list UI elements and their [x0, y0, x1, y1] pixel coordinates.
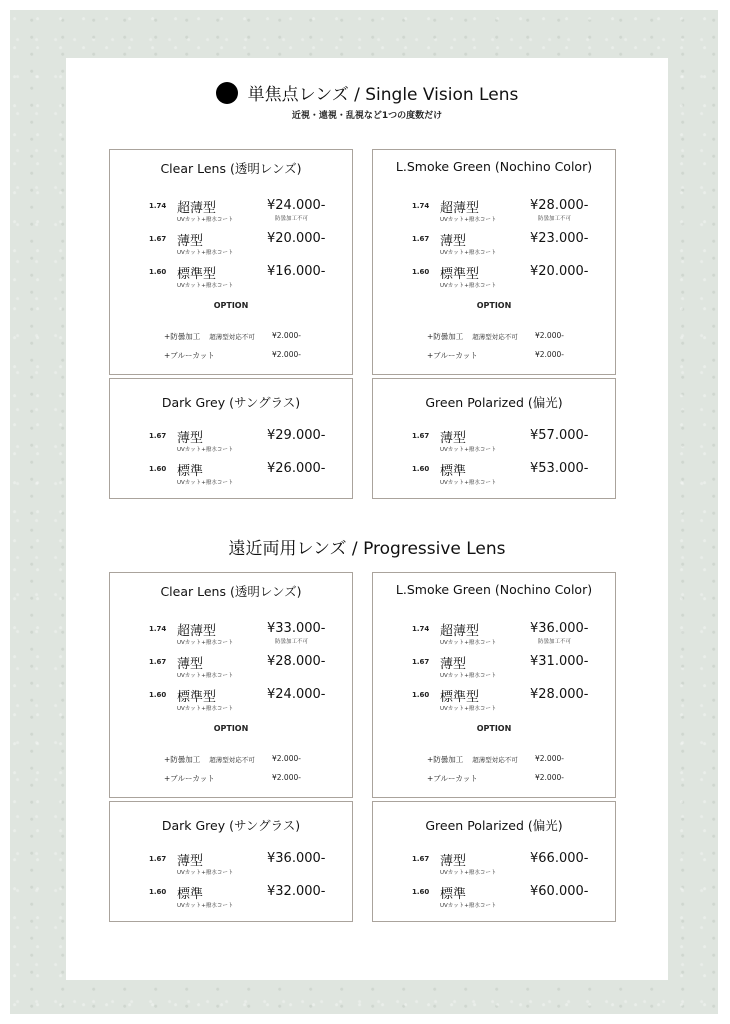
lens-coating-note: UVカット+撥水コート	[440, 638, 496, 646]
card-single-dark-grey: Dark Grey (サングラス) 1.67 薄型 UVカット+撥水コート ¥2…	[109, 378, 353, 499]
option-name: +防曇加工	[164, 755, 200, 764]
refractive-index: 1.60	[412, 691, 429, 699]
lens-row: 1.67 薄型 UVカット+撥水コート ¥66.000-	[373, 850, 615, 880]
lens-row: 1.67 薄型 UVカット+撥水コート ¥31.000-	[373, 653, 615, 683]
lens-row: 1.74 超薄型 UVカット+撥水コート ¥28.000- 防曇加工不可	[373, 197, 615, 227]
price-note: 防曇加工不可	[538, 214, 571, 222]
option-name: +防曇加工	[164, 332, 200, 341]
lens-type: 薄型	[177, 850, 203, 869]
lens-type: 標準	[177, 883, 203, 902]
refractive-index: 1.67	[412, 432, 429, 440]
lens-type: 薄型	[177, 427, 203, 446]
option-antifog: +防曇加工超薄型対応不可	[427, 331, 518, 342]
lens-price: ¥36.000-	[267, 851, 325, 866]
card-title: Clear Lens (透明レンズ)	[110, 159, 352, 177]
refractive-index: 1.67	[149, 658, 166, 666]
progressive-heading: 遠近両用レンズ / Progressive Lens	[66, 534, 668, 559]
single-vision-title: 単焦点レンズ / Single Vision Lens	[248, 85, 519, 105]
card-title: Dark Grey (サングラス)	[110, 393, 352, 411]
option-bluecut: +ブルーカット	[427, 773, 478, 784]
lens-type: 超薄型	[177, 197, 216, 216]
lens-price: ¥32.000-	[267, 884, 325, 899]
lens-price: ¥66.000-	[530, 851, 588, 866]
option-name: +防曇加工	[427, 755, 463, 764]
lens-coating-note: UVカット+撥水コート	[177, 671, 233, 679]
lens-coating-note: UVカット+撥水コート	[440, 478, 496, 486]
option-name: +ブルーカット	[427, 351, 478, 360]
card-progressive-dark-grey: Dark Grey (サングラス) 1.67 薄型 UVカット+撥水コート ¥3…	[109, 801, 353, 922]
refractive-index: 1.74	[412, 202, 429, 210]
option-antifog: +防曇加工超薄型対応不可	[164, 754, 255, 765]
lens-row: 1.67 薄型 UVカット+撥水コート ¥20.000-	[110, 230, 352, 260]
single-vision-subtitle: 近視・遠視・乱視など1つの度数だけ	[66, 108, 668, 121]
refractive-index: 1.67	[149, 235, 166, 243]
price-note: 防曇加工不可	[275, 214, 308, 222]
lens-type: 薄型	[440, 427, 466, 446]
lens-row: 1.60 標準型 UVカット+撥水コート ¥28.000-	[373, 686, 615, 716]
option-price: ¥2.000-	[535, 350, 564, 359]
option-price: ¥2.000-	[272, 754, 301, 763]
lens-row: 1.60 標準 UVカット+撥水コート ¥53.000-	[373, 460, 615, 490]
lens-price: ¥20.000-	[530, 264, 588, 279]
lens-price: ¥28.000-	[530, 687, 588, 702]
option-heading: OPTION	[110, 301, 352, 310]
option-antifog: +防曇加工超薄型対応不可	[164, 331, 255, 342]
option-note: 超薄型対応不可	[472, 756, 518, 764]
card-single-green-polarized: Green Polarized (偏光) 1.67 薄型 UVカット+撥水コート…	[372, 378, 616, 499]
refractive-index: 1.74	[412, 625, 429, 633]
lens-coating-note: UVカット+撥水コート	[440, 215, 496, 223]
option-name: +ブルーカット	[427, 774, 478, 783]
lens-coating-note: UVカット+撥水コート	[177, 868, 233, 876]
card-single-clear: Clear Lens (透明レンズ) 1.74 超薄型 UVカット+撥水コート …	[109, 149, 353, 375]
card-title: Green Polarized (偏光)	[373, 816, 615, 834]
lens-price: ¥28.000-	[267, 654, 325, 669]
refractive-index: 1.67	[412, 658, 429, 666]
lens-type: 標準	[440, 460, 466, 479]
lens-price: ¥20.000-	[267, 231, 325, 246]
refractive-index: 1.60	[149, 888, 166, 896]
lens-type: 薄型	[440, 850, 466, 869]
lens-row: 1.60 標準 UVカット+撥水コート ¥32.000-	[110, 883, 352, 913]
lens-coating-note: UVカット+撥水コート	[440, 281, 496, 289]
lens-price: ¥29.000-	[267, 428, 325, 443]
option-bluecut: +ブルーカット	[164, 350, 215, 361]
lens-type: 超薄型	[440, 197, 479, 216]
lens-type: 標準型	[440, 686, 479, 705]
lens-row: 1.74 超薄型 UVカット+撥水コート ¥36.000- 防曇加工不可	[373, 620, 615, 650]
lens-type: 標準型	[177, 263, 216, 282]
lens-row: 1.60 標準型 UVカット+撥水コート ¥24.000-	[110, 686, 352, 716]
refractive-index: 1.60	[412, 465, 429, 473]
refractive-index: 1.60	[149, 691, 166, 699]
lens-coating-note: UVカット+撥水コート	[177, 248, 233, 256]
lens-price: ¥28.000-	[530, 198, 588, 213]
refractive-index: 1.60	[149, 268, 166, 276]
lens-row: 1.67 薄型 UVカット+撥水コート ¥29.000-	[110, 427, 352, 457]
lens-row: 1.74 超薄型 UVカット+撥水コート ¥24.000- 防曇加工不可	[110, 197, 352, 227]
refractive-index: 1.60	[149, 465, 166, 473]
option-heading: OPTION	[373, 724, 615, 733]
lens-coating-note: UVカット+撥水コート	[177, 901, 233, 909]
refractive-index: 1.60	[412, 888, 429, 896]
option-bluecut: +ブルーカット	[164, 773, 215, 784]
lens-row: 1.67 薄型 UVカット+撥水コート ¥28.000-	[110, 653, 352, 683]
card-single-smoke-green: L.Smoke Green (Nochino Color) 1.74 超薄型 U…	[372, 149, 616, 375]
option-heading: OPTION	[373, 301, 615, 310]
price-sheet: 単焦点レンズ / Single Vision Lens 近視・遠視・乱視など1つ…	[66, 58, 668, 980]
option-name: +防曇加工	[427, 332, 463, 341]
lens-type: 薄型	[440, 653, 466, 672]
lens-type: 薄型	[177, 653, 203, 672]
option-price: ¥2.000-	[535, 754, 564, 763]
lens-price: ¥16.000-	[267, 264, 325, 279]
lens-type: 超薄型	[177, 620, 216, 639]
card-progressive-smoke-green: L.Smoke Green (Nochino Color) 1.74 超薄型 U…	[372, 572, 616, 798]
refractive-index: 1.67	[149, 432, 166, 440]
lens-row: 1.60 標準 UVカット+撥水コート ¥26.000-	[110, 460, 352, 490]
lens-price: ¥33.000-	[267, 621, 325, 636]
lens-coating-note: UVカット+撥水コート	[177, 281, 233, 289]
lens-coating-note: UVカット+撥水コート	[440, 671, 496, 679]
lens-coating-note: UVカット+撥水コート	[440, 248, 496, 256]
option-name: +ブルーカット	[164, 774, 215, 783]
option-antifog: +防曇加工超薄型対応不可	[427, 754, 518, 765]
refractive-index: 1.60	[412, 268, 429, 276]
lens-price: ¥36.000-	[530, 621, 588, 636]
lens-row: 1.67 薄型 UVカット+撥水コート ¥36.000-	[110, 850, 352, 880]
lens-coating-note: UVカット+撥水コート	[177, 215, 233, 223]
lens-coating-note: UVカット+撥水コート	[440, 704, 496, 712]
refractive-index: 1.74	[149, 625, 166, 633]
lens-price: ¥24.000-	[267, 687, 325, 702]
card-title: L.Smoke Green (Nochino Color)	[373, 582, 615, 597]
lens-row: 1.67 薄型 UVカット+撥水コート ¥23.000-	[373, 230, 615, 260]
lens-row: 1.74 超薄型 UVカット+撥水コート ¥33.000- 防曇加工不可	[110, 620, 352, 650]
lens-price: ¥53.000-	[530, 461, 588, 476]
refractive-index: 1.67	[412, 855, 429, 863]
lens-row: 1.60 標準型 UVカット+撥水コート ¥16.000-	[110, 263, 352, 293]
lens-row: 1.67 薄型 UVカット+撥水コート ¥57.000-	[373, 427, 615, 457]
lens-price: ¥23.000-	[530, 231, 588, 246]
option-price: ¥2.000-	[272, 331, 301, 340]
lens-coating-note: UVカット+撥水コート	[440, 901, 496, 909]
option-note: 超薄型対応不可	[209, 333, 255, 341]
card-progressive-clear: Clear Lens (透明レンズ) 1.74 超薄型 UVカット+撥水コート …	[109, 572, 353, 798]
lens-price: ¥26.000-	[267, 461, 325, 476]
option-price: ¥2.000-	[535, 773, 564, 782]
lens-type: 標準型	[177, 686, 216, 705]
card-title: Clear Lens (透明レンズ)	[110, 582, 352, 600]
lens-coating-note: UVカット+撥水コート	[177, 638, 233, 646]
lens-price: ¥24.000-	[267, 198, 325, 213]
card-title: L.Smoke Green (Nochino Color)	[373, 159, 615, 174]
price-note: 防曇加工不可	[275, 637, 308, 645]
card-title: Green Polarized (偏光)	[373, 393, 615, 411]
lens-type: 超薄型	[440, 620, 479, 639]
lens-row: 1.60 標準 UVカット+撥水コート ¥60.000-	[373, 883, 615, 913]
option-bluecut: +ブルーカット	[427, 350, 478, 361]
card-title: Dark Grey (サングラス)	[110, 816, 352, 834]
lens-coating-note: UVカット+撥水コート	[177, 704, 233, 712]
lens-type: 標準型	[440, 263, 479, 282]
lens-coating-note: UVカット+撥水コート	[440, 445, 496, 453]
bullet-dot-icon	[216, 82, 238, 104]
lens-type: 薄型	[177, 230, 203, 249]
option-name: +ブルーカット	[164, 351, 215, 360]
option-price: ¥2.000-	[272, 350, 301, 359]
option-note: 超薄型対応不可	[209, 756, 255, 764]
lens-type: 薄型	[440, 230, 466, 249]
lens-type: 標準	[440, 883, 466, 902]
lens-price: ¥60.000-	[530, 884, 588, 899]
card-progressive-green-polarized: Green Polarized (偏光) 1.67 薄型 UVカット+撥水コート…	[372, 801, 616, 922]
lens-type: 標準	[177, 460, 203, 479]
refractive-index: 1.74	[149, 202, 166, 210]
lens-coating-note: UVカット+撥水コート	[177, 478, 233, 486]
single-vision-heading: 単焦点レンズ / Single Vision Lens	[66, 80, 668, 105]
refractive-index: 1.67	[149, 855, 166, 863]
lens-price: ¥57.000-	[530, 428, 588, 443]
lens-row: 1.60 標準型 UVカット+撥水コート ¥20.000-	[373, 263, 615, 293]
option-note: 超薄型対応不可	[472, 333, 518, 341]
option-price: ¥2.000-	[272, 773, 301, 782]
option-price: ¥2.000-	[535, 331, 564, 340]
lens-price: ¥31.000-	[530, 654, 588, 669]
option-heading: OPTION	[110, 724, 352, 733]
lens-coating-note: UVカット+撥水コート	[177, 445, 233, 453]
refractive-index: 1.67	[412, 235, 429, 243]
lens-coating-note: UVカット+撥水コート	[440, 868, 496, 876]
price-note: 防曇加工不可	[538, 637, 571, 645]
